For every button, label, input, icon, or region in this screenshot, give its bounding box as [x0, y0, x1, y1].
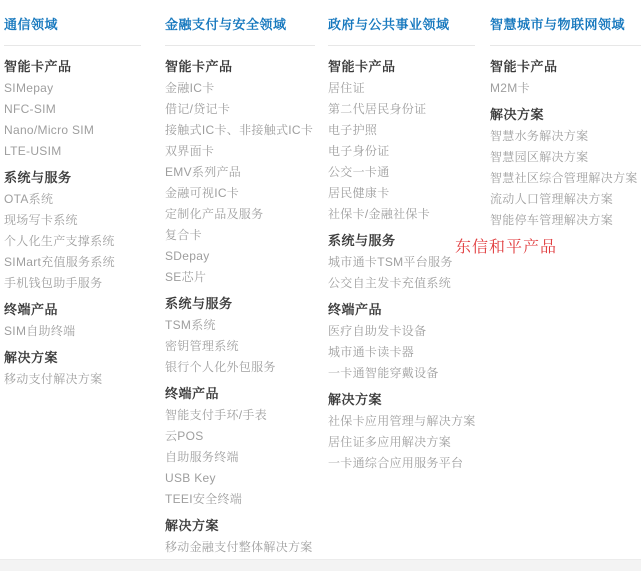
menu-item-link[interactable]: 自助服务终端 [165, 451, 328, 463]
menu-item-link[interactable]: 居民健康卡 [328, 187, 490, 199]
section-header: 解决方案 [328, 393, 490, 406]
menu-column: 政府与公共事业领域智能卡产品居住证第二代居民身份证电子护照电子身份证公交一卡通居… [328, 0, 490, 553]
menu-item-link[interactable]: 公交自主发卡充值系统 [328, 277, 490, 289]
section-header: 系统与服务 [4, 171, 165, 184]
menu-section: 系统与服务OTA系统现场写卡系统个人化生产支撑系统SIMart充值服务系统手机钱… [4, 171, 165, 289]
menu-item-link[interactable]: 借记/贷记卡 [165, 103, 328, 115]
menu-item-link[interactable]: EMV系列产品 [165, 166, 328, 178]
menu-section: 终端产品智能支付手环/手表云POS自助服务终端USB KeyTEEI安全终端 [165, 387, 328, 505]
menu-item-link[interactable]: 一卡通综合应用服务平台 [328, 457, 490, 469]
menu-item-link[interactable]: SE芯片 [165, 271, 328, 283]
section-header: 系统与服务 [165, 297, 328, 310]
menu-item-link[interactable]: 云POS [165, 430, 328, 442]
menu-item-link[interactable]: 城市通卡读卡器 [328, 346, 490, 358]
menu-item-link[interactable]: 电子身份证 [328, 145, 490, 157]
menu-item-link[interactable]: 一卡通智能穿戴设备 [328, 367, 490, 379]
menu-section: 解决方案移动支付解决方案 [4, 351, 165, 385]
menu-item-link[interactable]: SIMepay [4, 82, 165, 94]
menu-item-link[interactable]: 金融IC卡 [165, 82, 328, 94]
menu-item-link[interactable]: SIMart充值服务系统 [4, 256, 165, 268]
column-title-divider [328, 45, 475, 46]
menu-item-link[interactable]: 居住证多应用解决方案 [328, 436, 490, 448]
menu-section: 解决方案智慧水务解决方案智慧园区解决方案智慧社区综合管理解决方案流动人口管理解决… [490, 108, 641, 226]
menu-item-link[interactable]: 智慧水务解决方案 [490, 130, 641, 142]
menu-item-link[interactable]: M2M卡 [490, 82, 641, 94]
menu-section: 系统与服务TSM系统密钥管理系统银行个人化外包服务 [165, 297, 328, 373]
menu-item-link[interactable]: TSM系统 [165, 319, 328, 331]
section-header: 终端产品 [165, 387, 328, 400]
section-header: 智能卡产品 [165, 60, 328, 73]
menu-section: 终端产品医疗自助发卡设备城市通卡读卡器一卡通智能穿戴设备 [328, 303, 490, 379]
menu-section: 智能卡产品M2M卡 [490, 60, 641, 94]
column-title-link[interactable]: 智慧城市与物联网领域 [490, 0, 641, 45]
section-header: 终端产品 [4, 303, 165, 316]
menu-item-link[interactable]: 居住证 [328, 82, 490, 94]
menu-section: 终端产品SIM自助终端 [4, 303, 165, 337]
menu-item-link[interactable]: 金融可视IC卡 [165, 187, 328, 199]
column-title-divider [4, 45, 141, 46]
column-title-link[interactable]: 通信领域 [4, 0, 165, 45]
bottom-divider-bar [0, 559, 641, 571]
menu-section: 智能卡产品金融IC卡借记/贷记卡接触式IC卡、非接触式IC卡双界面卡EMV系列产… [165, 60, 328, 283]
products-mega-menu: 通信领域智能卡产品SIMepayNFC-SIMNano/Micro SIMLTE… [0, 0, 641, 553]
menu-item-link[interactable]: 流动人口管理解决方案 [490, 193, 641, 205]
menu-section: 智能卡产品SIMepayNFC-SIMNano/Micro SIMLTE-USI… [4, 60, 165, 157]
menu-item-link[interactable]: 社保卡应用管理与解决方案 [328, 415, 490, 427]
menu-item-link[interactable]: 手机钱包助手服务 [4, 277, 165, 289]
menu-item-link[interactable]: 移动支付解决方案 [4, 373, 165, 385]
menu-item-link[interactable]: 智慧园区解决方案 [490, 151, 641, 163]
menu-item-link[interactable]: 社保卡/金融社保卡 [328, 208, 490, 220]
section-header: 智能卡产品 [490, 60, 641, 73]
column-title-divider [490, 45, 641, 46]
menu-column: 通信领域智能卡产品SIMepayNFC-SIMNano/Micro SIMLTE… [4, 0, 165, 553]
menu-item-link[interactable]: TEEI安全终端 [165, 493, 328, 505]
menu-item-link[interactable]: 电子护照 [328, 124, 490, 136]
section-header: 智能卡产品 [328, 60, 490, 73]
menu-item-link[interactable]: USB Key [165, 472, 328, 484]
menu-section: 智能卡产品居住证第二代居民身份证电子护照电子身份证公交一卡通居民健康卡社保卡/金… [328, 60, 490, 220]
section-header: 解决方案 [165, 519, 328, 532]
watermark-text: 东信和平产品 [455, 234, 557, 257]
menu-item-link[interactable]: 移动金融支付整体解决方案 [165, 541, 328, 553]
column-title-divider [165, 45, 315, 46]
menu-column: 金融支付与安全领域智能卡产品金融IC卡借记/贷记卡接触式IC卡、非接触式IC卡双… [165, 0, 328, 553]
menu-item-link[interactable]: 智慧社区综合管理解决方案 [490, 172, 641, 184]
menu-item-link[interactable]: 智能停车管理解决方案 [490, 214, 641, 226]
menu-item-link[interactable]: 公交一卡通 [328, 166, 490, 178]
menu-item-link[interactable]: LTE-USIM [4, 145, 165, 157]
menu-item-link[interactable]: 银行个人化外包服务 [165, 361, 328, 373]
menu-item-link[interactable]: 个人化生产支撑系统 [4, 235, 165, 247]
section-header: 智能卡产品 [4, 60, 165, 73]
section-header: 解决方案 [4, 351, 165, 364]
menu-item-link[interactable]: 第二代居民身份证 [328, 103, 490, 115]
section-header: 解决方案 [490, 108, 641, 121]
column-title-link[interactable]: 金融支付与安全领域 [165, 0, 328, 45]
menu-item-link[interactable]: 双界面卡 [165, 145, 328, 157]
menu-section: 解决方案社保卡应用管理与解决方案居住证多应用解决方案一卡通综合应用服务平台 [328, 393, 490, 469]
menu-item-link[interactable]: 智能支付手环/手表 [165, 409, 328, 421]
menu-item-link[interactable]: 接触式IC卡、非接触式IC卡 [165, 124, 328, 136]
menu-item-link[interactable]: SDepay [165, 250, 328, 262]
menu-item-link[interactable]: 复合卡 [165, 229, 328, 241]
column-title-link[interactable]: 政府与公共事业领域 [328, 0, 490, 45]
menu-section: 解决方案移动金融支付整体解决方案 [165, 519, 328, 553]
menu-item-link[interactable]: 定制化产品及服务 [165, 208, 328, 220]
menu-item-link[interactable]: 医疗自助发卡设备 [328, 325, 490, 337]
menu-item-link[interactable]: 现场写卡系统 [4, 214, 165, 226]
menu-item-link[interactable]: 城市通卡TSM平台服务 [328, 256, 490, 268]
menu-item-link[interactable]: 密钥管理系统 [165, 340, 328, 352]
menu-item-link[interactable]: NFC-SIM [4, 103, 165, 115]
menu-item-link[interactable]: Nano/Micro SIM [4, 124, 165, 136]
menu-item-link[interactable]: OTA系统 [4, 193, 165, 205]
menu-item-link[interactable]: SIM自助终端 [4, 325, 165, 337]
menu-column: 智慧城市与物联网领域智能卡产品M2M卡解决方案智慧水务解决方案智慧园区解决方案智… [490, 0, 641, 553]
section-header: 终端产品 [328, 303, 490, 316]
